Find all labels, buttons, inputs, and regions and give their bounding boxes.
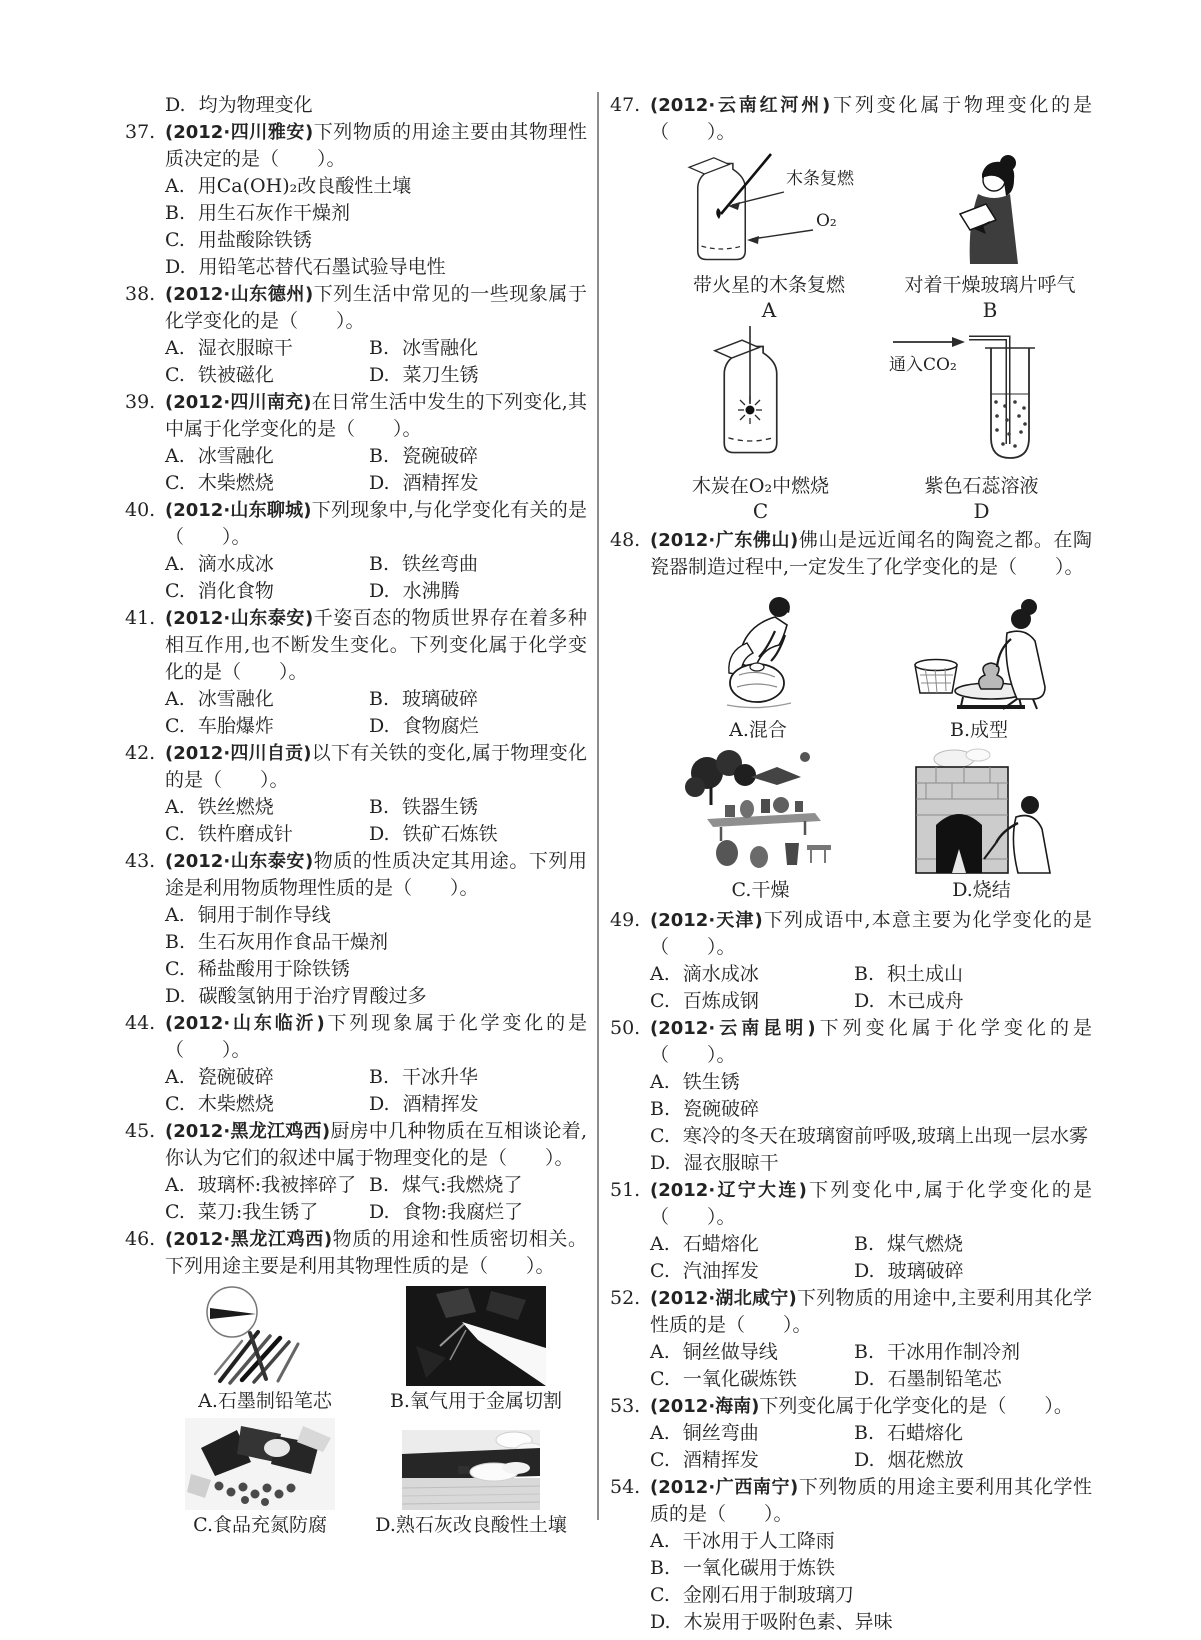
option-item: A.铜丝做导线 bbox=[650, 1339, 854, 1366]
option-text: 瓷碗破碎 bbox=[198, 1064, 369, 1091]
option-item: B.瓷碗破碎 bbox=[650, 1096, 1092, 1123]
option-item: C.木柴燃烧 bbox=[165, 1091, 369, 1118]
question-source: (2012·海南) bbox=[650, 1396, 759, 1417]
option-text: 一氧化碳用于炼铁 bbox=[683, 1555, 1092, 1582]
question-source: (2012·四川雅安) bbox=[165, 122, 313, 143]
pencil-leads-photo bbox=[190, 1286, 340, 1386]
option-item: C.汽油挥发 bbox=[650, 1258, 854, 1285]
option-key: A. bbox=[165, 686, 185, 713]
question-number: 53. bbox=[610, 1393, 650, 1420]
question-body: D.均为物理变化 bbox=[165, 92, 587, 119]
option-item: D.均为物理变化 bbox=[165, 92, 587, 119]
option-item: A.滴水成冰 bbox=[165, 551, 369, 578]
option-text: 烟花燃放 bbox=[888, 1447, 1092, 1474]
option-text: 百炼成钢 bbox=[683, 988, 854, 1015]
option-text: 木柴燃烧 bbox=[198, 470, 369, 497]
option-text: 石蜡熔化 bbox=[683, 1231, 854, 1258]
question-body: (2012·天津)下列成语中,本意主要为化学变化的是（ ）。A.滴水成冰B.积土… bbox=[650, 907, 1092, 1015]
option-item: C.用盐酸除铁锈 bbox=[165, 227, 587, 254]
option-item: A.铁生锈 bbox=[650, 1069, 1092, 1096]
option-text: 金刚石用于制玻璃刀 bbox=[683, 1582, 1092, 1609]
figure-row: 木炭在O₂中燃烧C 通入CO₂ 紫色石蕊溶液D bbox=[650, 326, 1092, 523]
option-key: D. bbox=[369, 578, 390, 605]
option-text: 木已成舟 bbox=[888, 988, 1092, 1015]
option-key: D. bbox=[854, 988, 875, 1015]
figure-caption: C.干燥 bbox=[732, 878, 790, 903]
option-key: A. bbox=[650, 1339, 670, 1366]
option-item: B.铁器生锈 bbox=[369, 794, 587, 821]
option-item: D.食物:我腐烂了 bbox=[369, 1199, 587, 1226]
option-key: D. bbox=[165, 254, 186, 281]
option-text: 冰雪融化 bbox=[402, 335, 587, 362]
question-stem: (2012·云南昆明)下列变化属于化学变化的是（ ）。 bbox=[650, 1015, 1092, 1069]
figure-item: C.干燥 bbox=[681, 747, 841, 903]
option-item: C.稀盐酸用于除铁锈 bbox=[165, 956, 587, 983]
question-stem: (2012·四川自贡)以下有关铁的变化,属于物理变化的是（ ）。 bbox=[165, 740, 587, 794]
question-source: (2012·山东临沂) bbox=[165, 1013, 325, 1034]
option-item: B.积土成山 bbox=[854, 961, 1092, 988]
svg-text:通入CO₂: 通入CO₂ bbox=[889, 355, 957, 375]
option-key: D. bbox=[165, 92, 186, 119]
question-body: (2012·黑龙江鸡西)物质的用途和性质密切相关。下列用途主要是利用其物理性质的… bbox=[165, 1226, 587, 1542]
litmus-test-tube-diagram: 通入CO₂ bbox=[879, 326, 1084, 471]
question-item: 42.(2012·四川自贡)以下有关铁的变化,属于物理变化的是（ ）。A.铁丝燃… bbox=[125, 740, 587, 848]
option-item: B.干冰升华 bbox=[369, 1064, 587, 1091]
option-key: C. bbox=[165, 956, 185, 983]
question-item: 45.(2012·黑龙江鸡西)厨房中几种物质在互相谈论着,你认为它们的叙述中属于… bbox=[125, 1118, 587, 1226]
option-item: B.用生石灰作干燥剂 bbox=[165, 200, 587, 227]
option-key: B. bbox=[369, 686, 389, 713]
question-number: 43. bbox=[125, 848, 165, 875]
question-number: 41. bbox=[125, 605, 165, 632]
option-item: D.酒精挥发 bbox=[369, 470, 587, 497]
question-source: (2012·黑龙江鸡西) bbox=[165, 1121, 330, 1142]
lime-field-photo bbox=[402, 1430, 540, 1510]
option-key: D. bbox=[369, 1199, 390, 1226]
question-item: 54.(2012·广西南宁)下列物质的用途主要利用其化学性质的是（ ）。A.干冰… bbox=[610, 1474, 1092, 1636]
option-item: D.烟花燃放 bbox=[854, 1447, 1092, 1474]
option-text: 滴水成冰 bbox=[198, 551, 369, 578]
question-number: 40. bbox=[125, 497, 165, 524]
option-item: A.铁丝燃烧 bbox=[165, 794, 369, 821]
option-key: D. bbox=[369, 470, 390, 497]
option-text: 石蜡熔化 bbox=[887, 1420, 1092, 1447]
options-grid: A.铜丝弯曲B.石蜡熔化C.酒精挥发D.烟花燃放 bbox=[650, 1420, 1092, 1474]
option-key: D. bbox=[369, 1091, 390, 1118]
figure-grid: A.石墨制铅笔芯 B.氧气用于金属切割 C.食品充氮防腐 D.熟石灰改良酸性土壤 bbox=[165, 1286, 587, 1538]
question-body: (2012·四川自贡)以下有关铁的变化,属于物理变化的是（ ）。A.铁丝燃烧B.… bbox=[165, 740, 587, 848]
option-text: 玻璃破碎 bbox=[888, 1258, 1092, 1285]
options-list: A.用Ca(OH)₂改良酸性土壤B.用生石灰作干燥剂C.用盐酸除铁锈D.用铅笔芯… bbox=[165, 173, 587, 281]
option-key: C. bbox=[165, 713, 185, 740]
option-key: A. bbox=[165, 902, 185, 929]
question-item: 43.(2012·山东泰安)物质的性质决定其用途。下列用途是利用物质物理性质的是… bbox=[125, 848, 587, 1010]
option-item: D.用铅笔芯替代石墨试验导电性 bbox=[165, 254, 587, 281]
question-stem: (2012·云南红河州)下列变化属于物理变化的是（ ）。 bbox=[650, 92, 1092, 146]
question-stem: (2012·山东德州)下列生活中常见的一些现象属于化学变化的是（ ）。 bbox=[165, 281, 587, 335]
option-text: 冰雪融化 bbox=[198, 443, 369, 470]
option-key: A. bbox=[165, 1172, 185, 1199]
options-grid: A.玻璃杯:我被摔碎了B.煤气:我燃烧了C.菜刀:我生锈了D.食物:我腐烂了 bbox=[165, 1172, 587, 1226]
options-grid: A.瓷碗破碎B.干冰升华C.木柴燃烧D.酒精挥发 bbox=[165, 1064, 587, 1118]
figure-caption: 木炭在O₂中燃烧 bbox=[692, 474, 829, 499]
option-text: 煤气:我燃烧了 bbox=[402, 1172, 587, 1199]
figure-letter: A bbox=[762, 298, 776, 322]
figure-row: C.食品充氮防腐 D.熟石灰改良酸性土壤 bbox=[165, 1418, 587, 1538]
option-item: D.湿衣服晾干 bbox=[650, 1150, 1092, 1177]
option-key: D. bbox=[650, 1150, 671, 1177]
figure-caption: 带火星的木条复燃 bbox=[693, 273, 845, 298]
option-text: 用生石灰作干燥剂 bbox=[198, 200, 587, 227]
question-number: 54. bbox=[610, 1474, 650, 1501]
option-key: C. bbox=[650, 1258, 670, 1285]
question-item: 48.(2012·广东佛山)佛山是远近闻名的陶瓷之都。在陶瓷器制造过程中,一定发… bbox=[610, 527, 1092, 907]
options-grid: A.滴水成冰B.铁丝弯曲C.消化食物D.水沸腾 bbox=[165, 551, 587, 605]
question-stem: (2012·四川南充)在日常生活中发生的下列变化,其中属于化学变化的是（ ）。 bbox=[165, 389, 587, 443]
option-key: A. bbox=[650, 1069, 670, 1096]
option-text: 铁矿石炼铁 bbox=[403, 821, 587, 848]
clay-mixing-sketch bbox=[683, 587, 833, 715]
option-item: D.木已成舟 bbox=[854, 988, 1092, 1015]
figure-item: C.食品充氮防腐 bbox=[185, 1418, 335, 1538]
question-source: (2012·云南昆明) bbox=[650, 1018, 816, 1039]
option-text: 酒精挥发 bbox=[403, 1091, 587, 1118]
option-item: A.瓷碗破碎 bbox=[165, 1064, 369, 1091]
question-body: (2012·辽宁大连)下列变化中,属于化学变化的是（ ）。A.石蜡熔化B.煤气燃… bbox=[650, 1177, 1092, 1285]
option-text: 积土成山 bbox=[887, 961, 1092, 988]
option-key: C. bbox=[650, 1366, 670, 1393]
option-item: C.百炼成钢 bbox=[650, 988, 854, 1015]
option-key: C. bbox=[165, 1199, 185, 1226]
question-stem: (2012·山东聊城)下列现象中,与化学变化有关的是（ ）。 bbox=[165, 497, 587, 551]
option-key: D. bbox=[369, 713, 390, 740]
option-text: 汽油挥发 bbox=[683, 1258, 854, 1285]
question-source: (2012·广东佛山) bbox=[650, 530, 798, 551]
option-text: 冰雪融化 bbox=[198, 686, 369, 713]
option-key: A. bbox=[165, 1064, 185, 1091]
question-body: (2012·山东泰安)物质的性质决定其用途。下列用途是利用物质物理性质的是（ ）… bbox=[165, 848, 587, 1010]
option-key: A. bbox=[165, 335, 185, 362]
option-item: B.煤气燃烧 bbox=[854, 1231, 1092, 1258]
column-divider bbox=[597, 92, 599, 1520]
question-number: 46. bbox=[125, 1226, 165, 1253]
option-item: C.寒冷的冬天在玻璃窗前呼吸,玻璃上出现一层水雾 bbox=[650, 1123, 1092, 1150]
figure-item: A.石墨制铅笔芯 bbox=[190, 1286, 340, 1414]
option-text: 车胎爆炸 bbox=[198, 713, 369, 740]
question-number: 37. bbox=[125, 119, 165, 146]
option-text: 玻璃杯:我被摔碎了 bbox=[198, 1172, 369, 1199]
option-text: 干冰用于人工降雨 bbox=[683, 1528, 1092, 1555]
option-item: C.铁杵磨成针 bbox=[165, 821, 369, 848]
option-text: 铁生锈 bbox=[683, 1069, 1092, 1096]
option-text: 食物腐烂 bbox=[403, 713, 587, 740]
option-text: 湿衣服晾干 bbox=[684, 1150, 1092, 1177]
option-text: 铜丝弯曲 bbox=[683, 1420, 854, 1447]
figure-item: B.成型 bbox=[899, 587, 1059, 743]
option-text: 菜刀生锈 bbox=[403, 362, 587, 389]
option-item: A.玻璃杯:我被摔碎了 bbox=[165, 1172, 369, 1199]
option-item: A.干冰用于人工降雨 bbox=[650, 1528, 1092, 1555]
question-number: 52. bbox=[610, 1285, 650, 1312]
svg-text:O₂: O₂ bbox=[816, 211, 837, 231]
question-body: (2012·黑龙江鸡西)厨房中几种物质在互相谈论着,你认为它们的叙述中属于物理变… bbox=[165, 1118, 587, 1226]
option-key: A. bbox=[650, 961, 670, 988]
option-text: 均为物理变化 bbox=[199, 92, 587, 119]
pottery-shaping-sketch bbox=[899, 587, 1059, 715]
option-key: B. bbox=[369, 443, 389, 470]
option-text: 铁器生锈 bbox=[402, 794, 587, 821]
option-item: B.干冰用作制冷剂 bbox=[854, 1339, 1092, 1366]
question-source: (2012·山东德州) bbox=[165, 284, 313, 305]
option-item: B.玻璃破碎 bbox=[369, 686, 587, 713]
option-key: C. bbox=[650, 1582, 670, 1609]
option-item: B.铁丝弯曲 bbox=[369, 551, 587, 578]
options-grid: A.冰雪融化B.玻璃破碎C.车胎爆炸D.食物腐烂 bbox=[165, 686, 587, 740]
question-body: (2012·广西南宁)下列物质的用途主要利用其化学性质的是（ ）。A.干冰用于人… bbox=[650, 1474, 1092, 1636]
option-key: B. bbox=[854, 1420, 874, 1447]
option-item: D.水沸腾 bbox=[369, 578, 587, 605]
figure-item: 对着干燥玻璃片呼气B bbox=[904, 152, 1075, 322]
option-item: A.冰雪融化 bbox=[165, 443, 369, 470]
option-text: 寒冷的冬天在玻璃窗前呼吸,玻璃上出现一层水雾 bbox=[683, 1123, 1092, 1150]
option-text: 水沸腾 bbox=[403, 578, 587, 605]
option-key: B. bbox=[854, 1231, 874, 1258]
option-item: C.铁被磁化 bbox=[165, 362, 369, 389]
option-key: A. bbox=[165, 173, 185, 200]
option-item: B.瓷碗破碎 bbox=[369, 443, 587, 470]
question-item: 37.(2012·四川雅安)下列物质的用途主要由其物理性质决定的是（ ）。A.用… bbox=[125, 119, 587, 281]
question-item: 46.(2012·黑龙江鸡西)物质的用途和性质密切相关。下列用途主要是利用其物理… bbox=[125, 1226, 587, 1542]
question-number: 45. bbox=[125, 1118, 165, 1145]
options-list: A.铁生锈B.瓷碗破碎C.寒冷的冬天在玻璃窗前呼吸,玻璃上出现一层水雾D.湿衣服… bbox=[650, 1069, 1092, 1177]
figure-letter: D bbox=[973, 499, 989, 523]
question-item: D.均为物理变化 bbox=[125, 92, 587, 119]
figure-row: A.石墨制铅笔芯 B.氧气用于金属切割 bbox=[165, 1286, 587, 1414]
option-text: 碳酸氢钠用于治疗胃酸过多 bbox=[199, 983, 587, 1010]
question-number: 48. bbox=[610, 527, 650, 554]
question-source: (2012·天津) bbox=[650, 910, 763, 931]
option-key: B. bbox=[369, 794, 389, 821]
question-number: 42. bbox=[125, 740, 165, 767]
option-key: B. bbox=[650, 1096, 670, 1123]
options-grid: A.石蜡熔化B.煤气燃烧C.汽油挥发D.玻璃破碎 bbox=[650, 1231, 1092, 1285]
option-text: 木炭用于吸附色素、异味 bbox=[684, 1609, 1092, 1636]
question-source: (2012·辽宁大连) bbox=[650, 1180, 807, 1201]
figure-caption: A.石墨制铅笔芯 bbox=[198, 1389, 332, 1414]
figure-caption: B.氧气用于金属切割 bbox=[390, 1389, 562, 1414]
option-key: B. bbox=[369, 1064, 389, 1091]
option-text: 铁杵磨成针 bbox=[198, 821, 369, 848]
figure-grid: 木条复燃 O₂ 带火星的木条复燃A 对着干燥玻璃片呼气B 木炭在O₂中燃烧C 通… bbox=[650, 152, 1092, 523]
question-stem: (2012·海南)下列变化属于化学变化的是（ ）。 bbox=[650, 1393, 1092, 1420]
question-body: (2012·四川雅安)下列物质的用途主要由其物理性质决定的是（ ）。A.用Ca(… bbox=[165, 119, 587, 281]
question-item: 49.(2012·天津)下列成语中,本意主要为化学变化的是（ ）。A.滴水成冰B… bbox=[610, 907, 1092, 1015]
figure-caption: D.烧结 bbox=[952, 878, 1011, 903]
option-text: 酒精挥发 bbox=[683, 1447, 854, 1474]
pottery-drying-sketch bbox=[681, 747, 841, 875]
option-text: 用铅笔芯替代石墨试验导电性 bbox=[199, 254, 587, 281]
question-stem: (2012·黑龙江鸡西)物质的用途和性质密切相关。下列用途主要是利用其物理性质的… bbox=[165, 1226, 587, 1280]
question-number: 50. bbox=[610, 1015, 650, 1042]
question-stem: (2012·山东泰安)千姿百态的物质世界存在着多种相互作用,也不断发生变化。下列… bbox=[165, 605, 587, 686]
metal-cutting-photo bbox=[406, 1286, 546, 1386]
option-key: B. bbox=[650, 1555, 670, 1582]
figure-item: A.混合 bbox=[683, 587, 833, 743]
food-packages-photo bbox=[185, 1418, 335, 1510]
option-key: B. bbox=[165, 200, 185, 227]
question-body: (2012·湖北咸宁)下列物质的用途中,主要利用其化学性质的是（ ）。A.铜丝做… bbox=[650, 1285, 1092, 1393]
option-key: C. bbox=[165, 1091, 185, 1118]
question-number: 51. bbox=[610, 1177, 650, 1204]
option-item: A.滴水成冰 bbox=[650, 961, 854, 988]
option-text: 铁丝弯曲 bbox=[402, 551, 587, 578]
option-item: A.石蜡熔化 bbox=[650, 1231, 854, 1258]
option-key: C. bbox=[650, 1447, 670, 1474]
option-text: 一氧化碳炼铁 bbox=[683, 1366, 854, 1393]
right-column: 47.(2012·云南红河州)下列变化属于物理变化的是（ ）。 木条复燃 O₂ … bbox=[610, 92, 1092, 1636]
option-item: D.菜刀生锈 bbox=[369, 362, 587, 389]
figure-grid: A.混合 B.成型 C.干燥 bbox=[650, 587, 1092, 903]
question-source: (2012·山东泰安) bbox=[165, 851, 313, 872]
figure-item: 木条复燃 O₂ 带火星的木条复燃A bbox=[666, 152, 871, 322]
option-text: 用盐酸除铁锈 bbox=[198, 227, 587, 254]
option-text: 酒精挥发 bbox=[403, 470, 587, 497]
question-item: 52.(2012·湖北咸宁)下列物质的用途中,主要利用其化学性质的是（ ）。A.… bbox=[610, 1285, 1092, 1393]
question-body: (2012·云南红河州)下列变化属于物理变化的是（ ）。 木条复燃 O₂ 带火星… bbox=[650, 92, 1092, 527]
figure-row: 木条复燃 O₂ 带火星的木条复燃A 对着干燥玻璃片呼气B bbox=[650, 152, 1092, 322]
figure-caption: B.成型 bbox=[950, 718, 1008, 743]
option-item: B.煤气:我燃烧了 bbox=[369, 1172, 587, 1199]
option-key: A. bbox=[165, 443, 185, 470]
question-stem: (2012·山东临沂)下列现象属于化学变化的是（ ）。 bbox=[165, 1010, 587, 1064]
option-item: D.食物腐烂 bbox=[369, 713, 587, 740]
option-key: C. bbox=[165, 362, 185, 389]
option-key: B. bbox=[369, 551, 389, 578]
question-body: (2012·四川南充)在日常生活中发生的下列变化,其中属于化学变化的是（ ）。A… bbox=[165, 389, 587, 497]
question-source: (2012·云南红河州) bbox=[650, 95, 830, 116]
option-item: A.铜丝弯曲 bbox=[650, 1420, 854, 1447]
figure-item: 通入CO₂ 紫色石蕊溶液D bbox=[879, 326, 1084, 523]
question-source: (2012·四川南充) bbox=[165, 392, 312, 413]
figure-item: D.熟石灰改良酸性土壤 bbox=[375, 1430, 567, 1538]
question-body: (2012·山东临沂)下列现象属于化学变化的是（ ）。A.瓷碗破碎B.干冰升华C… bbox=[165, 1010, 587, 1118]
svg-text:木条复燃: 木条复燃 bbox=[786, 169, 855, 189]
option-key: C. bbox=[165, 227, 185, 254]
figure-letter: B bbox=[983, 298, 998, 322]
options-grid: A.冰雪融化B.瓷碗破碎C.木柴燃烧D.酒精挥发 bbox=[165, 443, 587, 497]
option-item: C.消化食物 bbox=[165, 578, 369, 605]
option-key: C. bbox=[165, 578, 185, 605]
option-item: B.生石灰用作食品干燥剂 bbox=[165, 929, 587, 956]
question-number: 47. bbox=[610, 92, 650, 119]
option-text: 稀盐酸用于除铁锈 bbox=[198, 956, 587, 983]
question-number: 38. bbox=[125, 281, 165, 308]
question-stem: (2012·四川雅安)下列物质的用途主要由其物理性质决定的是（ ）。 bbox=[165, 119, 587, 173]
option-text: 铜用于制作导线 bbox=[198, 902, 587, 929]
question-source: (2012·广西南宁) bbox=[650, 1477, 798, 1498]
option-key: D. bbox=[854, 1258, 875, 1285]
figure-caption: C.食品充氮防腐 bbox=[193, 1513, 327, 1538]
option-text: 湿衣服晾干 bbox=[198, 335, 369, 362]
option-text: 铁被磁化 bbox=[198, 362, 369, 389]
question-number: 39. bbox=[125, 389, 165, 416]
figure-caption: 紫色石蕊溶液 bbox=[924, 474, 1038, 499]
option-item: C.酒精挥发 bbox=[650, 1447, 854, 1474]
charcoal-burning-bottle-diagram bbox=[658, 326, 863, 471]
question-body: (2012·海南)下列变化属于化学变化的是（ ）。A.铜丝弯曲B.石蜡熔化C.酒… bbox=[650, 1393, 1092, 1474]
question-source: (2012·黑龙江鸡西) bbox=[165, 1229, 332, 1250]
question-stem: (2012·黑龙江鸡西)厨房中几种物质在互相谈论着,你认为它们的叙述中属于物理变… bbox=[165, 1118, 587, 1172]
question-item: 39.(2012·四川南充)在日常生活中发生的下列变化,其中属于化学变化的是（ … bbox=[125, 389, 587, 497]
question-item: 44.(2012·山东临沂)下列现象属于化学变化的是（ ）。A.瓷碗破碎B.干冰… bbox=[125, 1010, 587, 1118]
figure-caption: 对着干燥玻璃片呼气 bbox=[904, 273, 1075, 298]
question-stem: (2012·广东佛山)佛山是远近闻名的陶瓷之都。在陶瓷器制造过程中,一定发生了化… bbox=[650, 527, 1092, 581]
option-key: D. bbox=[854, 1447, 875, 1474]
option-text: 铁丝燃烧 bbox=[198, 794, 369, 821]
option-item: C.金刚石用于制玻璃刀 bbox=[650, 1582, 1092, 1609]
question-item: 47.(2012·云南红河州)下列变化属于物理变化的是（ ）。 木条复燃 O₂ … bbox=[610, 92, 1092, 527]
splint-relight-bottle-diagram: 木条复燃 O₂ bbox=[666, 152, 871, 270]
question-item: 40.(2012·山东聊城)下列现象中,与化学变化有关的是（ ）。A.滴水成冰B… bbox=[125, 497, 587, 605]
options-grid: A.铜丝做导线B.干冰用作制冷剂C.一氧化碳炼铁D.石墨制铅笔芯 bbox=[650, 1339, 1092, 1393]
option-item: C.一氧化碳炼铁 bbox=[650, 1366, 854, 1393]
option-text: 铜丝做导线 bbox=[683, 1339, 854, 1366]
option-item: C.车胎爆炸 bbox=[165, 713, 369, 740]
option-item: D.玻璃破碎 bbox=[854, 1258, 1092, 1285]
option-text: 菜刀:我生锈了 bbox=[198, 1199, 369, 1226]
option-key: C. bbox=[165, 821, 185, 848]
question-item: 41.(2012·山东泰安)千姿百态的物质世界存在着多种相互作用,也不断发生变化… bbox=[125, 605, 587, 740]
option-text: 干冰升华 bbox=[402, 1064, 587, 1091]
question-stem: (2012·湖北咸宁)下列物质的用途中,主要利用其化学性质的是（ ）。 bbox=[650, 1285, 1092, 1339]
option-key: C. bbox=[650, 988, 670, 1015]
option-text: 石墨制铅笔芯 bbox=[888, 1366, 1092, 1393]
figure-item: D.烧结 bbox=[902, 747, 1062, 903]
option-item: A.湿衣服晾干 bbox=[165, 335, 369, 362]
question-body: (2012·山东德州)下列生活中常见的一些现象属于化学变化的是（ ）。A.湿衣服… bbox=[165, 281, 587, 389]
option-key: D. bbox=[369, 821, 390, 848]
left-column: D.均为物理变化37.(2012·四川雅安)下列物质的用途主要由其物理性质决定的… bbox=[125, 92, 587, 1542]
option-item: D.石墨制铅笔芯 bbox=[854, 1366, 1092, 1393]
question-source: (2012·山东聊城) bbox=[165, 500, 312, 521]
kiln-firing-sketch bbox=[902, 747, 1062, 875]
options-grid: A.铁丝燃烧B.铁器生锈C.铁杵磨成针D.铁矿石炼铁 bbox=[165, 794, 587, 848]
option-key: A. bbox=[650, 1231, 670, 1258]
option-key: C. bbox=[650, 1123, 670, 1150]
option-key: A. bbox=[650, 1528, 670, 1555]
option-item: B.冰雪融化 bbox=[369, 335, 587, 362]
question-number: 44. bbox=[125, 1010, 165, 1037]
girl-breathing-on-glass-figure bbox=[920, 152, 1060, 270]
question-body: (2012·山东泰安)千姿百态的物质世界存在着多种相互作用,也不断发生变化。下列… bbox=[165, 605, 587, 740]
option-key: A. bbox=[165, 551, 185, 578]
option-text: 煤气燃烧 bbox=[887, 1231, 1092, 1258]
option-item: D.铁矿石炼铁 bbox=[369, 821, 587, 848]
option-text: 消化食物 bbox=[198, 578, 369, 605]
option-item: B.石蜡熔化 bbox=[854, 1420, 1092, 1447]
figure-letter: C bbox=[753, 499, 768, 523]
exam-page: D.均为物理变化37.(2012·四川雅安)下列物质的用途主要由其物理性质决定的… bbox=[0, 0, 1201, 1640]
options-list: A.铜用于制作导线B.生石灰用作食品干燥剂C.稀盐酸用于除铁锈D.碳酸氢钠用于治… bbox=[165, 902, 587, 1010]
figure-row: A.混合 B.成型 bbox=[650, 587, 1092, 743]
option-text: 木柴燃烧 bbox=[198, 1091, 369, 1118]
question-body: (2012·云南昆明)下列变化属于化学变化的是（ ）。A.铁生锈B.瓷碗破碎C.… bbox=[650, 1015, 1092, 1177]
option-item: C.木柴燃烧 bbox=[165, 470, 369, 497]
option-item: A.用Ca(OH)₂改良酸性土壤 bbox=[165, 173, 587, 200]
figure-row: C.干燥 D.烧结 bbox=[650, 747, 1092, 903]
option-text: 瓷碗破碎 bbox=[683, 1096, 1092, 1123]
option-key: A. bbox=[650, 1420, 670, 1447]
